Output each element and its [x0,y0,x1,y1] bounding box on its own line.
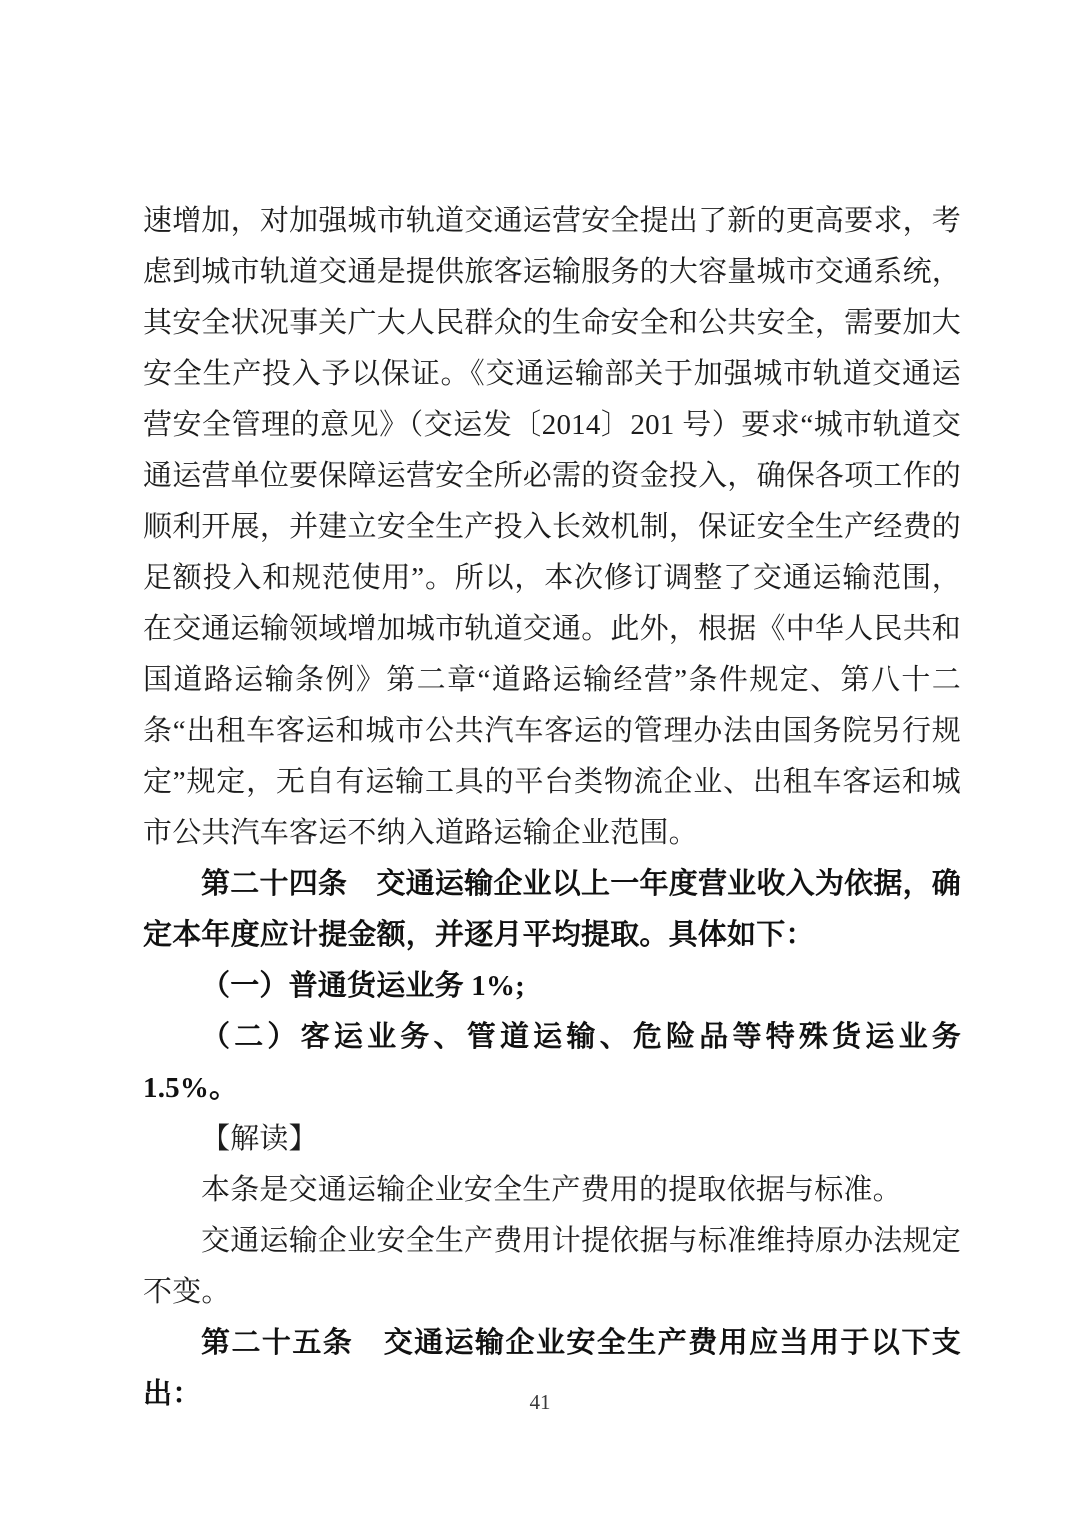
page-number: 41 [0,1390,1080,1415]
article-24-paragraph: 第二十四条 交通运输企业以上一年度营业收入为依据，确定本年度应计提金额，并逐月平… [143,859,961,961]
interpretation-label: 【解读】 [143,1114,961,1165]
document-body: 速增加，对加强城市轨道交通运营安全提出了新的更高要求，考虑到城市轨道交通是提供旅… [143,196,961,1420]
article-24-item-1: （一）普通货运业务 1%; [143,961,961,1012]
interpretation-paragraph-2: 交通运输企业安全生产费用计提依据与标准维持原办法规定不变。 [143,1216,961,1318]
document-page: 速增加，对加强城市轨道交通运营安全提出了新的更高要求，考虑到城市轨道交通是提供旅… [0,0,1080,1527]
article-24-item-2: （二）客运业务、管道运输、危险品等特殊货运业务 1.5%。 [143,1012,961,1114]
interpretation-paragraph-1: 本条是交通运输企业安全生产费用的提取依据与标准。 [143,1165,961,1216]
paragraph-continuation: 速增加，对加强城市轨道交通运营安全提出了新的更高要求，考虑到城市轨道交通是提供旅… [143,196,961,859]
